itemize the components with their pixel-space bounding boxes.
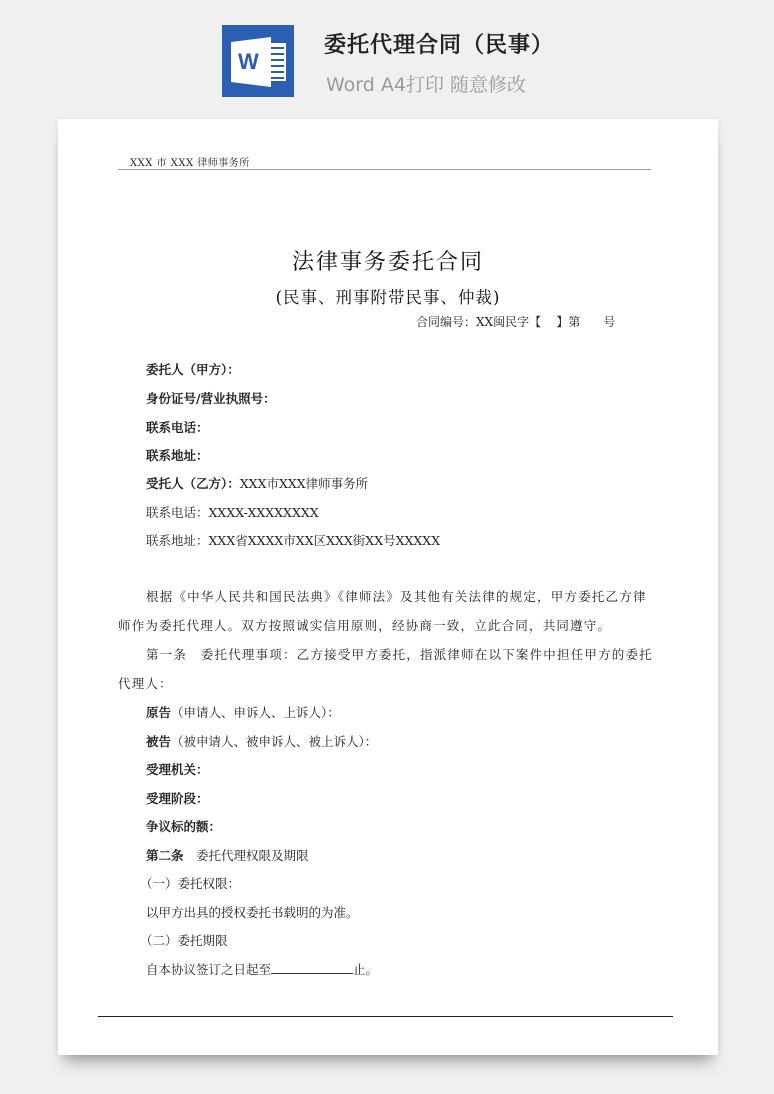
agent-address-value: XXX省XXXX市XX区XXX街XX号XXXXX [209, 533, 441, 548]
agent-address-label: 联系地址： [146, 533, 209, 548]
defendant-note: （被申请人、被申诉人、被上诉人）： [171, 734, 377, 749]
banner-title: 委托代理合同（民事） [324, 28, 554, 59]
article-2-title: 委托代理权限及期限 [184, 848, 309, 863]
banner-subtitle: Word A4打印 随意修改 [326, 70, 526, 97]
word-icon-front: W [231, 37, 271, 87]
document-title: 法律事务委托合同 [58, 245, 718, 276]
agent-row: 受托人（乙方）：XXX市XXX律师事务所 [146, 474, 368, 492]
authority-scope-text: 以甲方出具的授权委托书载明的为准。 [146, 903, 359, 921]
client-label: 委托人（甲方）： [146, 360, 240, 378]
term-heading: （二）委托期限 [140, 931, 228, 949]
article-1-paragraph: 第一条 委托代理事项：乙方接受甲方委托，指派律师在以下案件中担任甲方的委托代理人… [118, 640, 653, 698]
agent-phone-value: XXXX-XXXXXXXX [209, 505, 319, 520]
agent-value: XXX市XXX律师事务所 [240, 476, 368, 491]
amount-label: 争议标的额： [146, 817, 221, 835]
word-icon-letter: W [238, 49, 259, 75]
agent-address-row: 联系地址：XXX省XXXX市XX区XXX街XX号XXXXX [146, 531, 440, 549]
authority-scope-heading: （一）委托权限： [140, 874, 240, 892]
article-2-heading: 第二条 委托代理权限及期限 [146, 846, 309, 864]
plaintiff-label: 原告 [146, 705, 171, 720]
authority-label: 受理机关： [146, 760, 209, 778]
term-text-after: 止。 [353, 962, 378, 977]
plaintiff-row: 原告（申请人、申诉人、上诉人）： [146, 703, 340, 721]
agent-phone-label: 联系电话： [146, 505, 209, 520]
defendant-label: 被告 [146, 734, 171, 749]
term-text-before: 自本协议签订之日起至 [146, 962, 271, 977]
word-icon-lines [269, 43, 286, 81]
id-number-label: 身份证号/营业执照号： [146, 389, 276, 407]
contract-number: 合同编号：XX闽民字【 】第 号 [416, 313, 615, 330]
client-address-label: 联系地址： [146, 446, 209, 464]
preamble-paragraph: 根据《中华人民共和国民法典》《律师法》及其他有关法律的规定，甲方委托乙方律师作为… [118, 582, 653, 640]
term-text: 自本协议签订之日起至止。 [146, 960, 378, 978]
footer-divider [98, 1016, 673, 1017]
banner: W 委托代理合同（民事） Word A4打印 随意修改 [0, 0, 774, 110]
client-phone-label: 联系电话： [146, 418, 209, 436]
defendant-row: 被告（被申请人、被申诉人、被上诉人）： [146, 732, 377, 750]
article-2-number: 第二条 [146, 848, 184, 863]
document-subtitle: (民事、刑事附带民事、仲裁) [58, 284, 718, 308]
document-page: XXX 市 XXX 律师事务所 法律事务委托合同 (民事、刑事附带民事、仲裁) … [58, 119, 718, 1055]
word-document-icon: W [222, 25, 294, 97]
stage-label: 受理阶段： [146, 789, 209, 807]
page-header-text: XXX 市 XXX 律师事务所 [130, 154, 250, 169]
plaintiff-note: （申请人、申诉人、上诉人）： [171, 705, 340, 720]
term-end-date-blank[interactable] [271, 961, 353, 974]
header-divider [118, 169, 651, 170]
agent-phone-row: 联系电话：XXXX-XXXXXXXX [146, 503, 319, 521]
agent-label: 受托人（乙方）： [146, 476, 240, 491]
